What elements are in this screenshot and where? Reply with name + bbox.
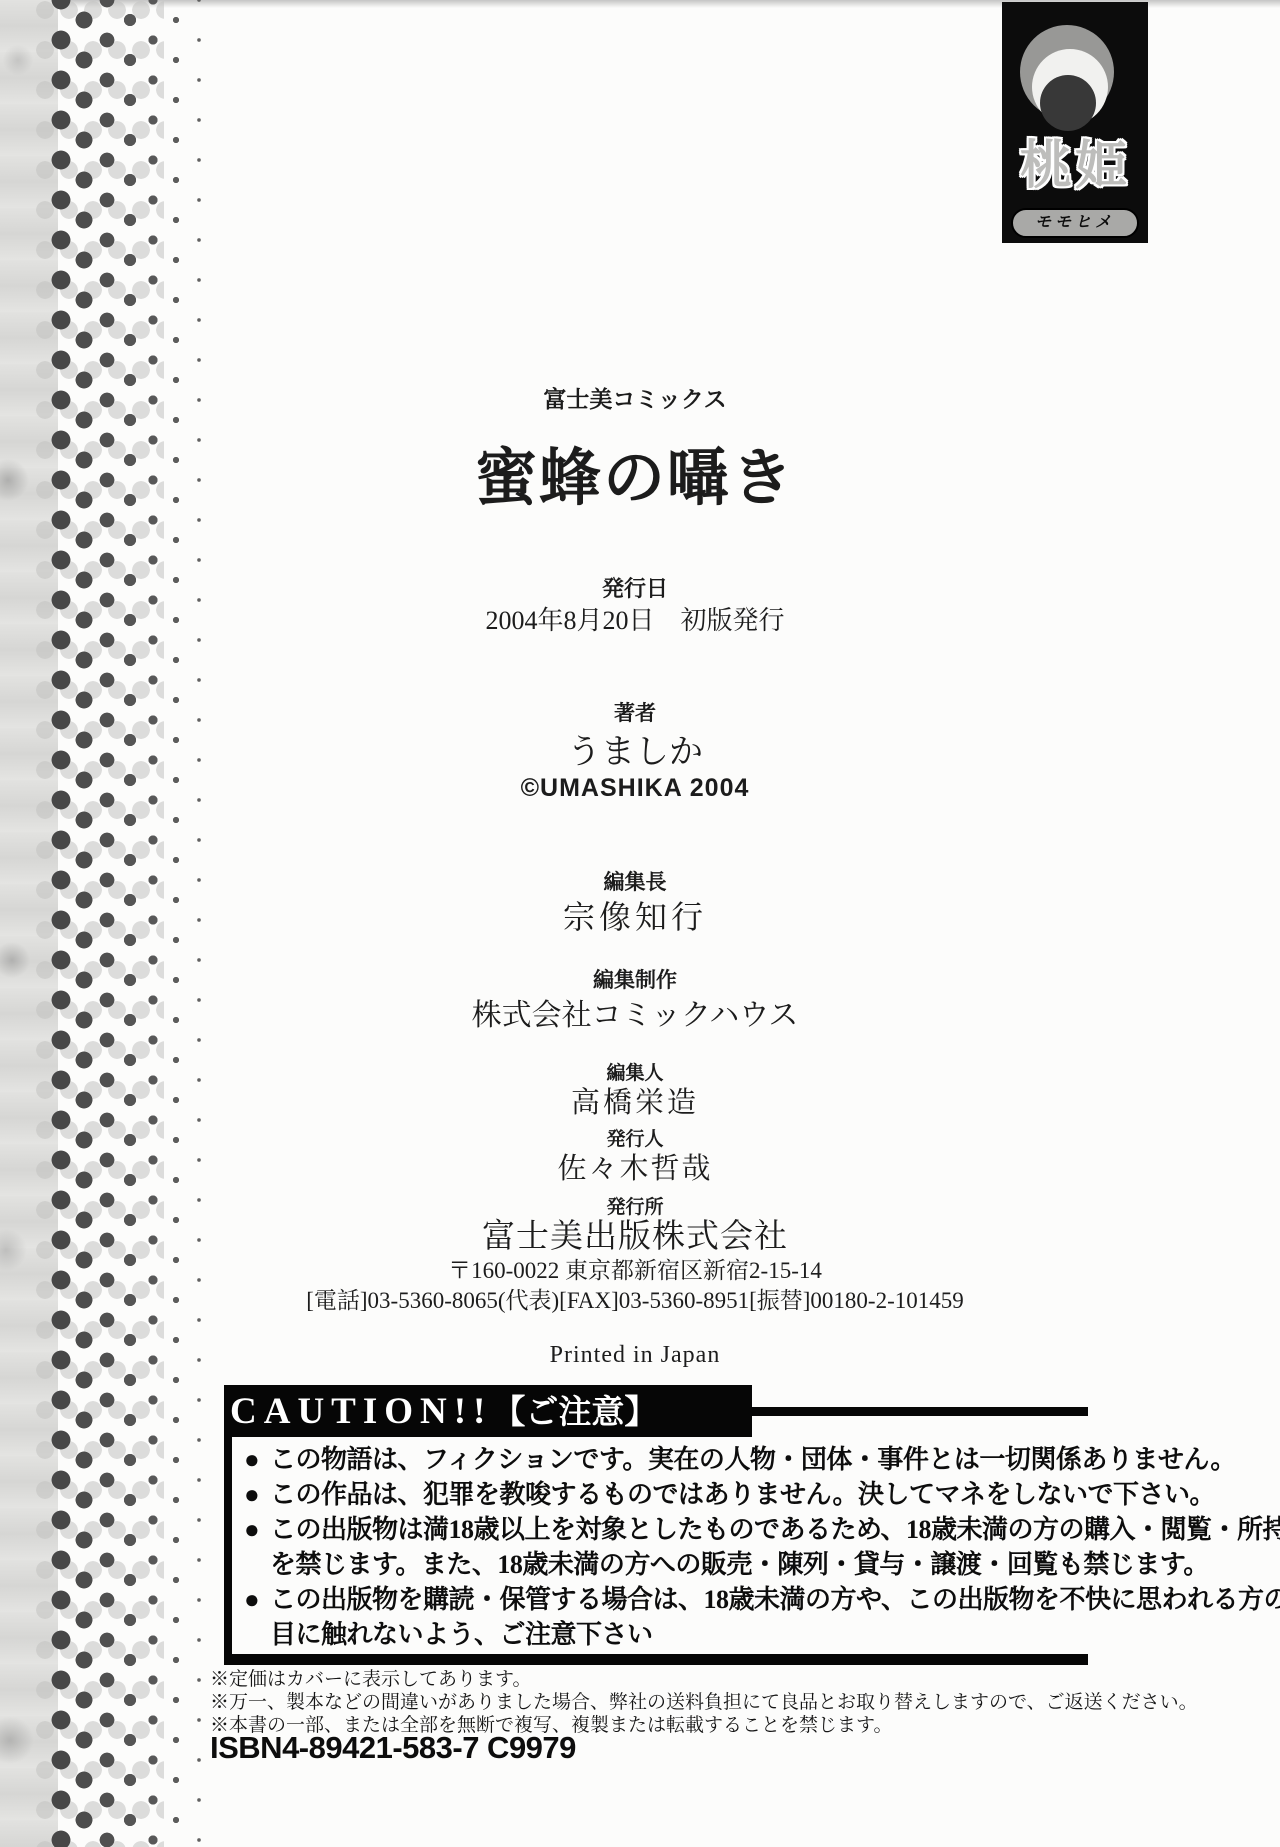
halftone-column <box>142 0 165 1847</box>
halftone-gradient-strip <box>0 0 212 1847</box>
caution-line: ●この物語は、フィクションです。実在の人物・団体・事件とは一切関係ありません。 <box>244 1442 1086 1477</box>
halftone-column <box>188 0 211 1847</box>
caution-top-rule <box>752 1407 1088 1416</box>
bullet-icon: ● <box>244 1582 270 1617</box>
halftone-column <box>50 0 73 1847</box>
publish-date-label: 発行日 <box>210 572 1060 603</box>
caution-line: 目に触れないよう、ご注意下さい <box>244 1617 1086 1652</box>
publisher-address: 〒160-0022 東京都新宿区新宿2-15-14 <box>210 1252 1060 1285</box>
bullet-icon: ● <box>244 1442 270 1477</box>
note-line: ※定価はカバーに表示してあります。 <box>210 1668 1210 1691</box>
caution-header-en: CAUTION!! <box>230 1393 492 1430</box>
caution-text: ●この物語は、フィクションです。実在の人物・団体・事件とは一切関係ありません。 … <box>244 1442 1086 1652</box>
caution-line: を禁じます。また、18歳未満の方への販売・陳列・貸与・譲渡・回覧も禁じます。 <box>244 1547 1086 1582</box>
colophon-page: 桃姫 モモヒメ 富士美コミックス 蜜蜂の囁き 発行日 2004年8月20日 初版… <box>0 0 1280 1847</box>
note-line: ※万一、製本などの間違いがありました場合、弊社の送料負担にて良品とお取り替えしま… <box>210 1691 1210 1714</box>
caution-bottom-border <box>224 1654 1088 1665</box>
author-label: 著者 <box>210 697 1060 727</box>
footer-notes: ※定価はカバーに表示してあります。 ※万一、製本などの間違いがありました場合、弊… <box>210 1668 1210 1737</box>
editing-value: 株式会社コミックハウス <box>210 990 1060 1034</box>
halftone-column <box>165 0 188 1847</box>
halftone-column <box>73 0 96 1847</box>
caution-line: ●この出版物は満18歳以上を対象としたものであるため、18歳未満の方の購入・閲覧… <box>244 1512 1086 1547</box>
halftone-column <box>96 0 119 1847</box>
caution-header-ja: 【ご注意】 <box>492 1395 657 1428</box>
publish-date-value: 2004年8月20日 初版発行 <box>210 600 1060 637</box>
copyright-line: ©UMASHIKA 2004 <box>210 774 1060 803</box>
printed-in-japan: Printed in Japan <box>210 1342 1060 1369</box>
publisher-phone: [電話]03-5360-8065(代表)[FAX]03-5360-8951[振替… <box>210 1282 1060 1315</box>
publisher-value: 富士美出版株式会社 <box>210 1210 1060 1257</box>
halftone-column <box>119 0 142 1847</box>
caution-box: CAUTION!! 【ご注意】 ●この物語は、フィクションです。実在の人物・団体… <box>222 1385 1088 1665</box>
editor-value: 高橋栄造 <box>210 1080 1060 1121</box>
author-value: うましか <box>210 724 1060 773</box>
series-name: 富士美コミックス <box>210 381 1060 414</box>
book-title: 蜜蜂の囁き <box>210 428 1060 517</box>
bullet-icon: ● <box>244 1477 270 1512</box>
issuer-value: 佐々木哲哉 <box>210 1146 1060 1187</box>
caution-line: ●この出版物を購読・保管する場合は、18歳未満の方や、この出版物を不快に思われる… <box>244 1582 1086 1617</box>
caution-line: ●この作品は、犯罪を教唆するものではありません。決してマネをしないで下さい。 <box>244 1477 1086 1512</box>
caution-left-border <box>224 1429 232 1665</box>
caution-header-bar: CAUTION!! 【ご注意】 <box>224 1385 752 1437</box>
bullet-icon: ● <box>244 1512 270 1547</box>
isbn-code: ISBN4-89421-583-7 C9979 <box>210 1730 576 1766</box>
chief-editor-value: 宗像知行 <box>210 892 1060 938</box>
